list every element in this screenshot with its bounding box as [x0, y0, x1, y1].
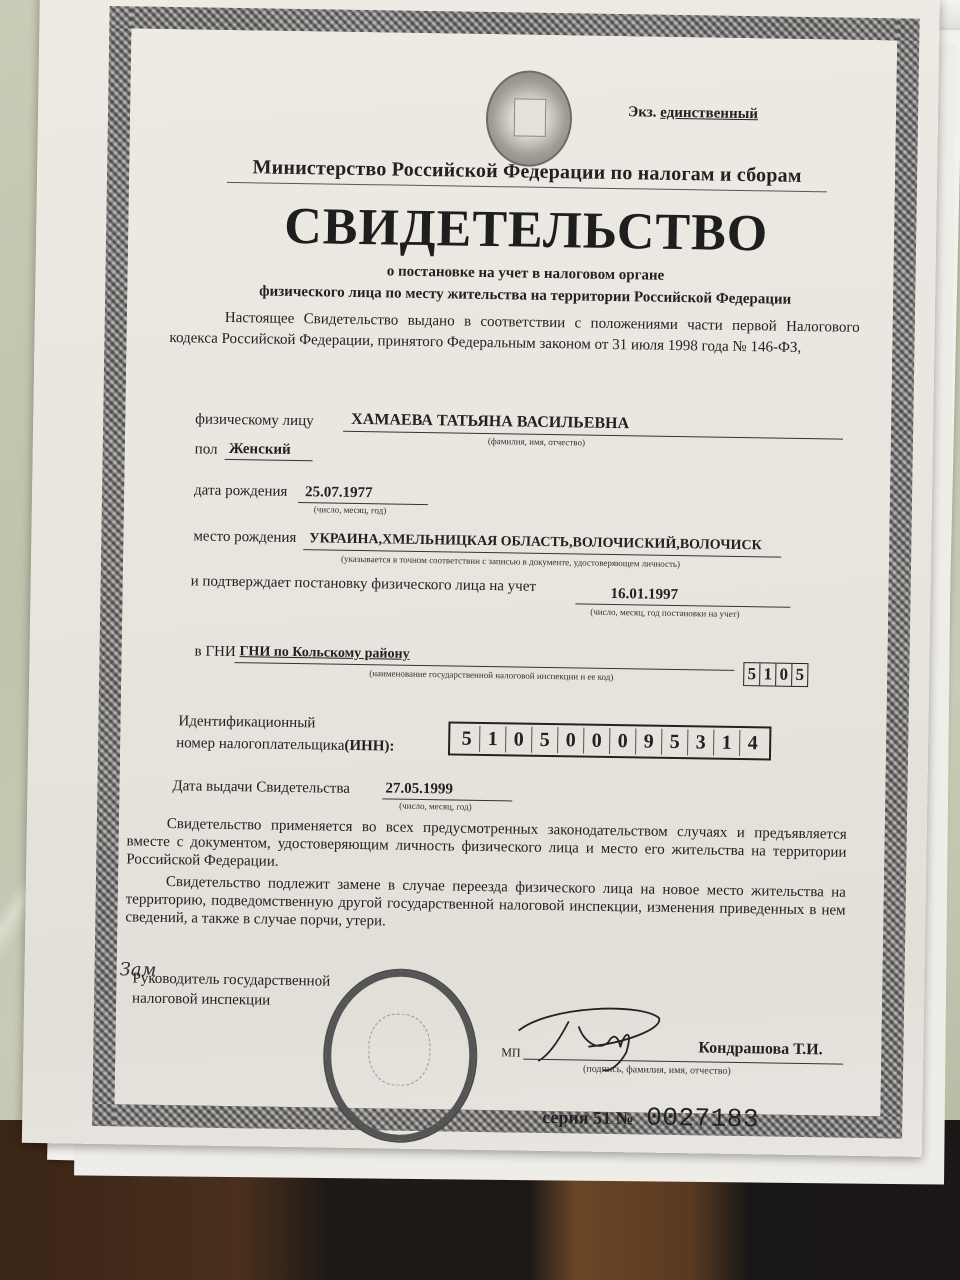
inn-digit: 4	[739, 730, 765, 756]
gni-label: в ГНИ	[194, 643, 235, 661]
inn-digit: 5	[454, 726, 479, 752]
inn-label-text: номер налогоплательщика	[176, 735, 345, 754]
issue-date-value: 27.05.1999	[385, 780, 453, 798]
sex-value: Женский	[229, 441, 291, 459]
birth-date-label: дата рождения	[194, 482, 288, 500]
signature-icon	[508, 1000, 669, 1073]
inn-digit: 5	[531, 727, 557, 753]
gni-code-digit: 1	[759, 663, 775, 685]
gni-code-digit: 0	[775, 664, 791, 686]
inn-digit: 9	[635, 728, 661, 754]
eagle-emblem-icon	[368, 1013, 431, 1086]
inn-digit: 0	[505, 726, 531, 752]
gni-hint: (наименование государственной налоговой …	[369, 668, 613, 682]
inn-label-line2: номер налогоплательщика(ИНН):	[176, 735, 395, 755]
gni-code-digit: 5	[744, 663, 759, 685]
document-title: СВИДЕТЕЛЬСТВО	[226, 196, 827, 264]
issue-date-hint: (число, месяц, год)	[399, 801, 472, 812]
person-label: физическому лицу	[195, 411, 314, 430]
registration-label: и подтверждает постановку физического ли…	[191, 573, 537, 595]
inn-label-abbr: (ИНН):	[344, 738, 394, 755]
sex-line	[225, 459, 313, 461]
person-value: ХАМАЕВА ТАТЬЯНА ВАСИЛЬЕВНА	[351, 411, 629, 433]
birth-place-hint: (указывается в точном соответствии с зап…	[341, 554, 680, 569]
intro-paragraph: Настоящее Свидетельство выдано в соответ…	[169, 307, 860, 360]
gni-value: ГНИ по Кольскому району	[239, 644, 409, 663]
inn-digit: 0	[583, 728, 609, 754]
gni-code-box: 5 1 0 5	[743, 662, 808, 687]
inn-digit: 0	[609, 728, 635, 754]
inn-digit: 0	[557, 727, 583, 753]
inn-digit: 5	[661, 729, 687, 755]
head-title-line1: Руководитель государственной	[132, 971, 330, 991]
signer-name: Кондрашова Т.И.	[698, 1039, 823, 1059]
signer-hint: (подпись, фамилия, имя, отчество)	[583, 1064, 731, 1077]
issue-date-label: Дата выдачи Свидетельства	[172, 778, 350, 798]
gni-code-digit: 5	[791, 664, 807, 686]
certificate-number: 0027183	[646, 1103, 759, 1135]
inn-label-line1: Идентификационный	[178, 713, 315, 732]
emblem-seal-icon	[485, 70, 572, 167]
birth-date-hint: (число, месяц, год)	[314, 504, 387, 515]
copy-note: Экз. единственный	[628, 104, 758, 123]
copy-value: единственный	[660, 105, 758, 123]
sex-label: пол	[195, 441, 218, 458]
certificate-sheet: Экз. единственный Министерство Российско…	[22, 0, 940, 1157]
replacement-paragraph: Свидетельство подлежит замене в случае п…	[125, 872, 846, 937]
birth-date-value: 25.07.1977	[305, 484, 373, 502]
inn-digit: 3	[687, 729, 713, 755]
series-number: серия 51 № 0027183	[542, 1101, 759, 1134]
copy-label: Экз.	[628, 104, 657, 120]
head-title-line2: налоговой инспекции	[132, 991, 270, 1010]
person-hint: (фамилия, имя, отчество)	[488, 436, 585, 448]
registration-value: 16.01.1997	[610, 586, 678, 604]
stamp-place-label: МП	[501, 1045, 521, 1060]
inn-box: 5 1 0 5 0 0 0 9 5 3 1 4	[448, 721, 771, 760]
birth-place-label: место рождения	[193, 528, 296, 547]
series-value: 51	[593, 1108, 611, 1128]
number-sign: №	[615, 1108, 633, 1128]
subtitle-line-2: физического лица по месту жительства на …	[185, 282, 865, 310]
usage-paragraph: Свидетельство применяется во всех предус…	[126, 814, 847, 879]
ministry-heading: Министерство Российской Федерации по нал…	[227, 156, 827, 192]
inn-digit: 1	[713, 730, 739, 756]
series-label: серия	[542, 1107, 589, 1128]
inn-digit: 1	[479, 726, 505, 752]
registration-hint: (число, месяц, год постановки на учет)	[590, 607, 739, 619]
